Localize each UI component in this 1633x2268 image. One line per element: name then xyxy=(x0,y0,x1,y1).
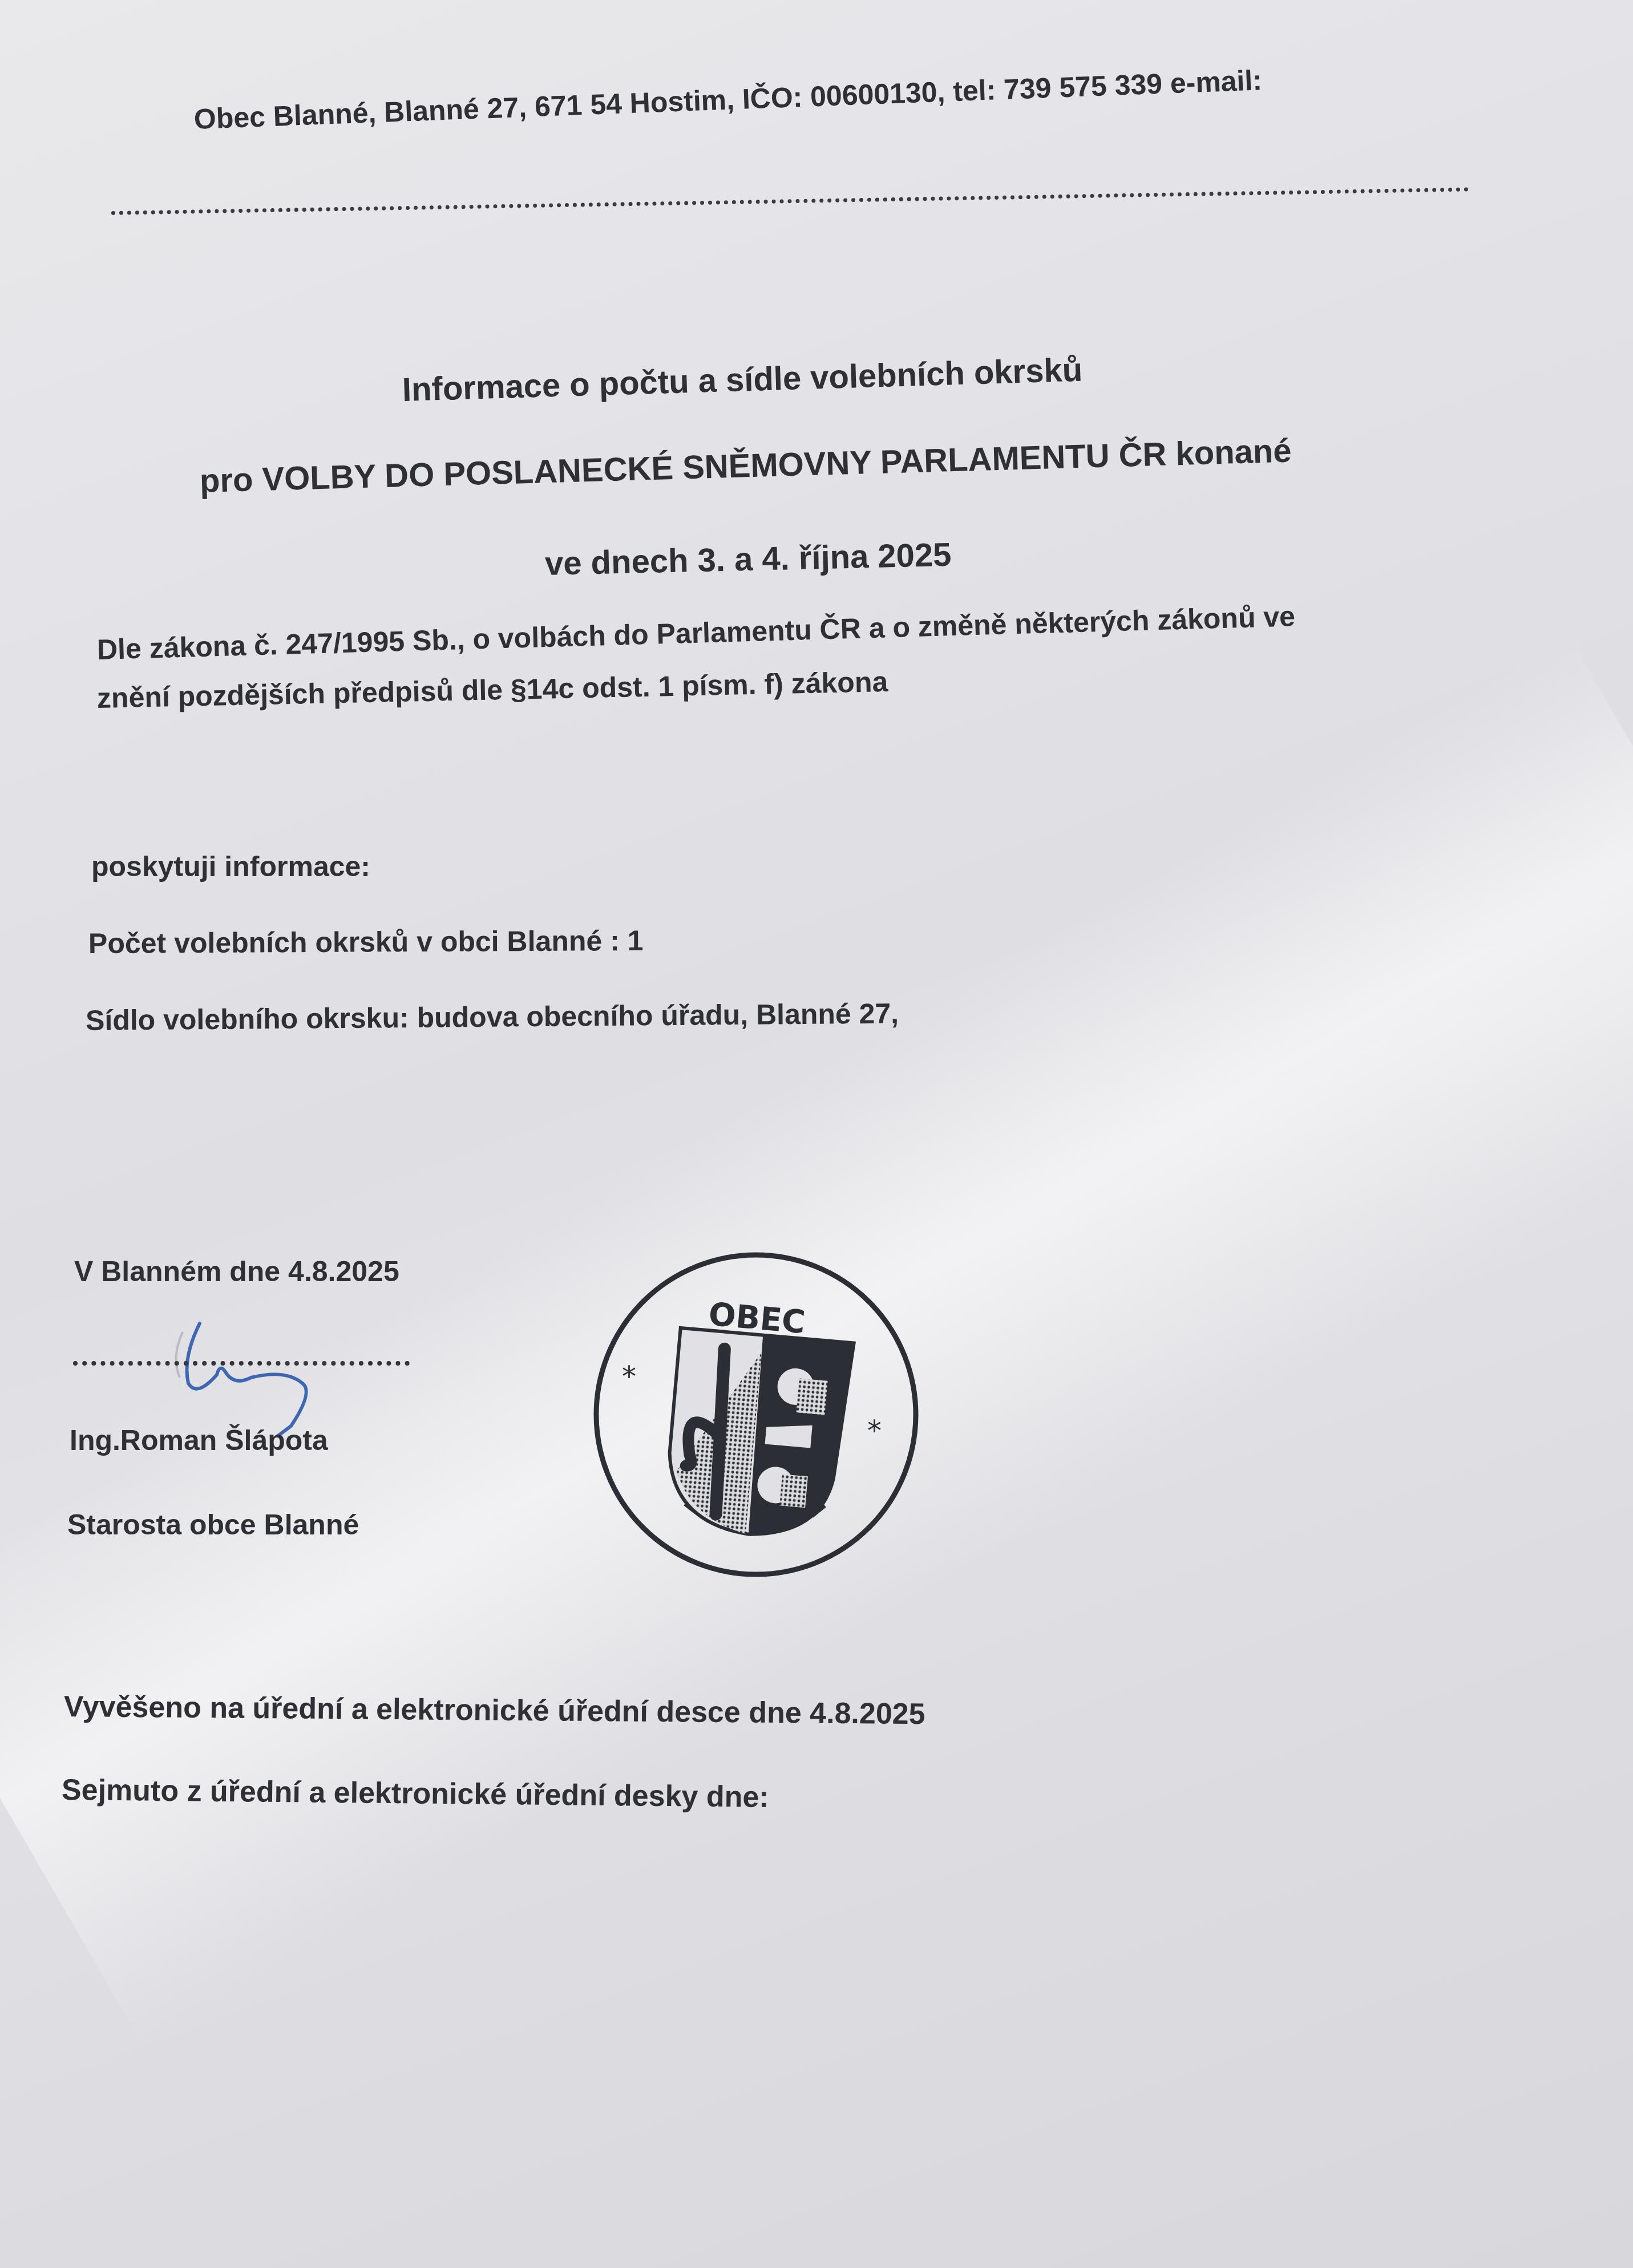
municipal-stamp: OBEC BLANNÉ * * xyxy=(585,1244,927,1586)
district-seat: Sídlo volebního okrsku: budova obecního … xyxy=(86,997,899,1037)
star-icon: * xyxy=(622,1360,636,1393)
letterhead-divider xyxy=(111,187,1469,215)
posted-notice: Vyvěšeno na úřední a elektronické úřední… xyxy=(64,1690,925,1731)
signer-name: Ing.Roman Šlápota xyxy=(70,1424,328,1457)
legal-basis-line-1: Dle zákona č. 247/1995 Sb., o volbách do… xyxy=(96,600,1296,666)
handwritten-signature xyxy=(148,1278,354,1437)
legal-basis-line-2: znění pozdějších předpisů dle §14c odst.… xyxy=(96,665,888,715)
document-title-line-2: pro VOLBY DO POSLANECKÉ SNĚMOVNY PARLAME… xyxy=(199,432,1292,500)
signature-line xyxy=(73,1361,410,1366)
removed-notice: Sejmuto z úřední a elektronické úřední d… xyxy=(62,1773,769,1815)
document-title-line-1: Informace o počtu a sídle volebních okrs… xyxy=(402,351,1083,409)
document-page: Obec Blanné, Blanné 27, 671 54 Hostim, I… xyxy=(0,0,1633,2268)
document-title-line-3: ve dnech 3. a 4. října 2025 xyxy=(544,536,952,583)
intro-text: poskytuji informace: xyxy=(91,850,370,883)
signer-role: Starosta obce Blanné xyxy=(67,1508,359,1541)
letterhead: Obec Blanné, Blanné 27, 671 54 Hostim, I… xyxy=(193,63,1263,136)
district-count: Počet volebních okrsků v obci Blanné : 1 xyxy=(88,924,644,960)
star-icon: * xyxy=(867,1414,882,1447)
